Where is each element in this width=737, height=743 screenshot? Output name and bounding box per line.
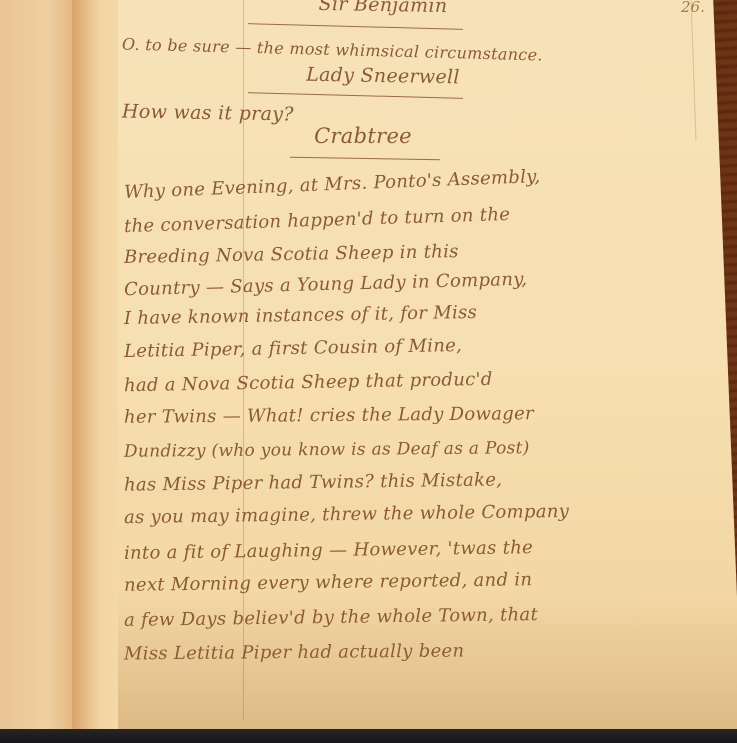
speaker-crabtree: Crabtree <box>283 124 443 148</box>
body-line: has Miss Piper had Twins? this Mistake, <box>124 469 503 495</box>
body-line: had a Nova Scotia Sheep that produc'd <box>124 369 493 396</box>
body-line: I have known instances of it, for Miss <box>124 302 477 329</box>
speaker-underline <box>290 157 440 161</box>
speaker-underline <box>248 23 463 30</box>
body-line: Why one Evening, at Mrs. Ponto's Assembl… <box>124 166 541 203</box>
body-line: Breeding Nova Scotia Sheep in this <box>124 241 459 268</box>
speaker-lady-sneerwell: Lady Sneerwell <box>268 63 498 89</box>
body-line: her Twins — What! cries the Lady Dowager <box>124 403 534 428</box>
speaker-sir-benjamin: Sir Benjamin <box>258 0 508 18</box>
manuscript-page: 26. Sir Benjamin O. to be sure — the mos… <box>118 0 737 732</box>
speaker-underline <box>248 92 463 99</box>
right-margin-rule <box>691 0 697 140</box>
left-page <box>0 0 80 743</box>
body-line: Letitia Piper, a first Cousin of Mine, <box>124 335 462 362</box>
body-line: as you may imagine, threw the whole Comp… <box>124 501 569 528</box>
body-line: Country — Says a Young Lady in Company, <box>124 269 528 301</box>
body-line: Dundizzy (who you know is as Deaf as a P… <box>124 438 530 462</box>
body-line: next Morning every where reported, and i… <box>124 569 533 596</box>
book-cover-edge <box>0 729 737 743</box>
page-number: 26. <box>681 0 705 16</box>
body-line: into a fit of Laughing — However, 'twas … <box>124 537 533 564</box>
speech-line: How was it pray? <box>122 101 294 126</box>
body-line: the conversation happen'd to turn on the <box>124 204 511 237</box>
speech-line: O. to be sure — the most whimsical circu… <box>122 34 543 64</box>
body-line: a few Days believ'd by the whole Town, t… <box>124 604 538 631</box>
body-line: Miss Letitia Piper had actually been <box>124 641 465 665</box>
